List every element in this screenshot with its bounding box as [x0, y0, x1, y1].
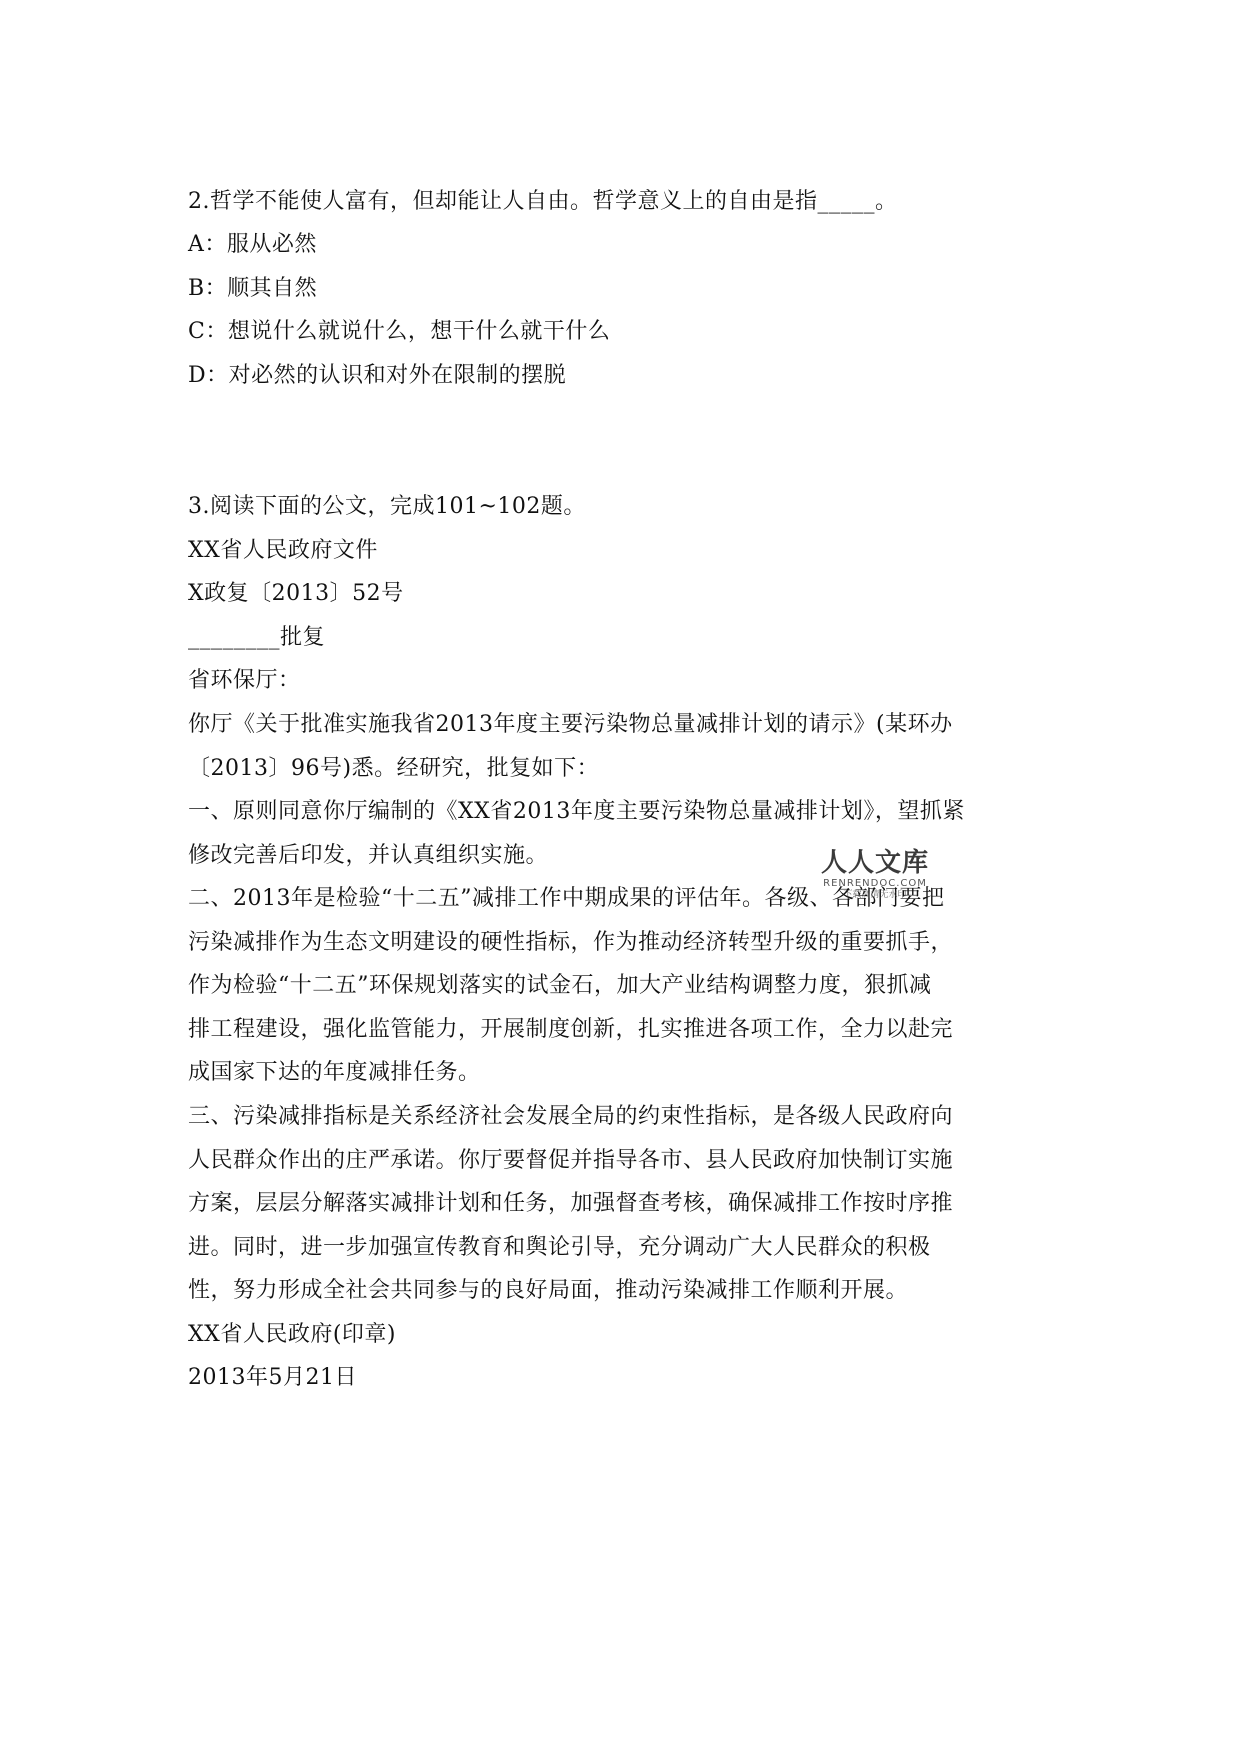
body-line: 人民群众作出的庄严承诺。你厅要督促并指导各市、县人民政府加快制订实施 — [188, 1147, 953, 1175]
doc-title: ________批复 — [188, 624, 325, 652]
body-line: 〔2013〕96号)悉。经研究，批复如下： — [188, 755, 599, 783]
doc-addressee: 省环保厅： — [188, 667, 301, 695]
body-line: 修改完善后印发，并认真组织实施。 — [188, 842, 548, 870]
question-2-stem: 2.哲学不能使人富有，但却能让人自由。哲学意义上的自由是指_____。 — [188, 188, 898, 216]
watermark: 人人文库 RENRENDOC.COM 下载高清无水印 — [810, 848, 940, 901]
doc-number: X政复〔2013〕52号 — [188, 580, 404, 608]
option-c: C：想说什么就说什么，想干什么就干什么 — [188, 318, 610, 346]
watermark-brand: 人人文库 — [810, 848, 940, 878]
body-line: 进。同时，进一步加强宣传教育和舆论引导，充分调动广大人民群众的积极 — [188, 1234, 931, 1262]
body-line: 排工程建设，强化监管能力，开展制度创新，扎实推进各项工作，全力以赴完 — [188, 1016, 953, 1044]
body-line: 污染减排作为生态文明建设的硬性指标，作为推动经济转型升级的重要抓手， — [188, 929, 953, 957]
doc-signature: XX省人民政府(印章) — [188, 1321, 396, 1349]
body-line: 作为检验“十二五”环保规划落实的试金石，加大产业结构调整力度，狠抓减 — [188, 972, 932, 1000]
option-d: D：对必然的认识和对外在限制的摆脱 — [188, 362, 566, 390]
watermark-url: RENRENDOC.COM — [810, 878, 940, 890]
doc-date: 2013年5月21日 — [188, 1364, 357, 1392]
watermark-tagline: 下载高清无水印 — [810, 890, 940, 901]
doc-header: XX省人民政府文件 — [188, 537, 378, 565]
body-line: 性，努力形成全社会共同参与的良好局面，推动污染减排工作顺利开展。 — [188, 1277, 908, 1305]
document-page: 2.哲学不能使人富有，但却能让人自由。哲学意义上的自由是指_____。 A：服从… — [0, 0, 1240, 1753]
body-line: 方案，层层分解落实减排计划和任务，加强督查考核，确保减排工作按时序推 — [188, 1190, 953, 1218]
option-b: B：顺其自然 — [188, 275, 317, 303]
body-line: 一、原则同意你厅编制的《XX省2013年度主要污染物总量减排计划》，望抓紧 — [188, 798, 965, 826]
body-line: 成国家下达的年度减排任务。 — [188, 1059, 481, 1087]
body-line: 三、污染减排指标是关系经济社会发展全局的约束性指标，是各级人民政府向 — [188, 1103, 953, 1131]
body-line: 你厅《关于批准实施我省2013年度主要污染物总量减排计划的请示》(某环办 — [188, 711, 953, 739]
option-a: A：服从必然 — [188, 231, 317, 259]
question-3-stem: 3.阅读下面的公文，完成101~102题。 — [188, 493, 586, 521]
